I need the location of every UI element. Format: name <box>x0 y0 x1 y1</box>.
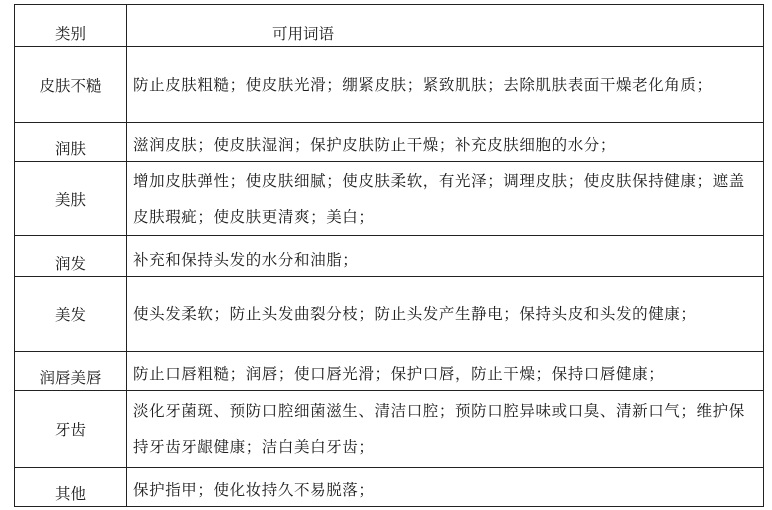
table-row: 润肤 滋润皮肤；使皮肤湿润；保护皮肤防止干燥；补充皮肤细胞的水分； <box>15 123 764 162</box>
row-category: 润唇美唇 <box>15 352 127 391</box>
table-row: 其他 保护指甲；使化妆持久不易脱落； <box>15 468 764 507</box>
table-row: 皮肤不糙 防止皮肤粗糙；使皮肤光滑；绷紧皮肤；紧致肌肤；去除肌肤表面干燥老化角质… <box>15 47 764 123</box>
header-words: 可用词语 <box>127 5 764 47</box>
row-category: 皮肤不糙 <box>15 47 127 123</box>
row-words: 补充和保持头发的水分和油脂； <box>127 236 764 277</box>
row-words: 防止皮肤粗糙；使皮肤光滑；绷紧皮肤；紧致肌肤；去除肌肤表面干燥老化角质； <box>127 47 764 123</box>
row-words: 增加皮肤弹性；使皮肤细腻；使皮肤柔软，有光泽；调理皮肤；使皮肤保持健康；遮盖皮肤… <box>127 162 764 236</box>
table-row: 美肤 增加皮肤弹性；使皮肤细腻；使皮肤柔软，有光泽；调理皮肤；使皮肤保持健康；遮… <box>15 162 764 236</box>
row-words: 保护指甲；使化妆持久不易脱落； <box>127 468 764 507</box>
row-words: 淡化牙菌斑、预防口腔细菌滋生、清洁口腔；预防口腔异味或口臭、清新口气；维护保持牙… <box>127 391 764 468</box>
header-category: 类别 <box>15 5 127 47</box>
table-header-row: 类别 可用词语 <box>15 5 764 47</box>
row-words: 滋润皮肤；使皮肤湿润；保护皮肤防止干燥；补充皮肤细胞的水分； <box>127 123 764 162</box>
row-category: 美肤 <box>15 162 127 236</box>
row-words: 使头发柔软；防止头发曲裂分枝；防止头发产生静电；保持头皮和头发的健康； <box>127 277 764 352</box>
row-category: 润肤 <box>15 123 127 162</box>
table-row: 润唇美唇 防止口唇粗糙；润唇；使口唇光滑；保护口唇，防止干燥；保持口唇健康； <box>15 352 764 391</box>
usable-words-table: 类别 可用词语 皮肤不糙 防止皮肤粗糙；使皮肤光滑；绷紧皮肤；紧致肌肤；去除肌肤… <box>14 4 764 507</box>
row-category: 其他 <box>15 468 127 507</box>
row-category: 润发 <box>15 236 127 277</box>
row-category: 美发 <box>15 277 127 352</box>
table-row: 润发 补充和保持头发的水分和油脂； <box>15 236 764 277</box>
table-row: 美发 使头发柔软；防止头发曲裂分枝；防止头发产生静电；保持头皮和头发的健康； <box>15 277 764 352</box>
row-words: 防止口唇粗糙；润唇；使口唇光滑；保护口唇，防止干燥；保持口唇健康； <box>127 352 764 391</box>
row-category: 牙齿 <box>15 391 127 468</box>
table-row: 牙齿 淡化牙菌斑、预防口腔细菌滋生、清洁口腔；预防口腔异味或口臭、清新口气；维护… <box>15 391 764 468</box>
